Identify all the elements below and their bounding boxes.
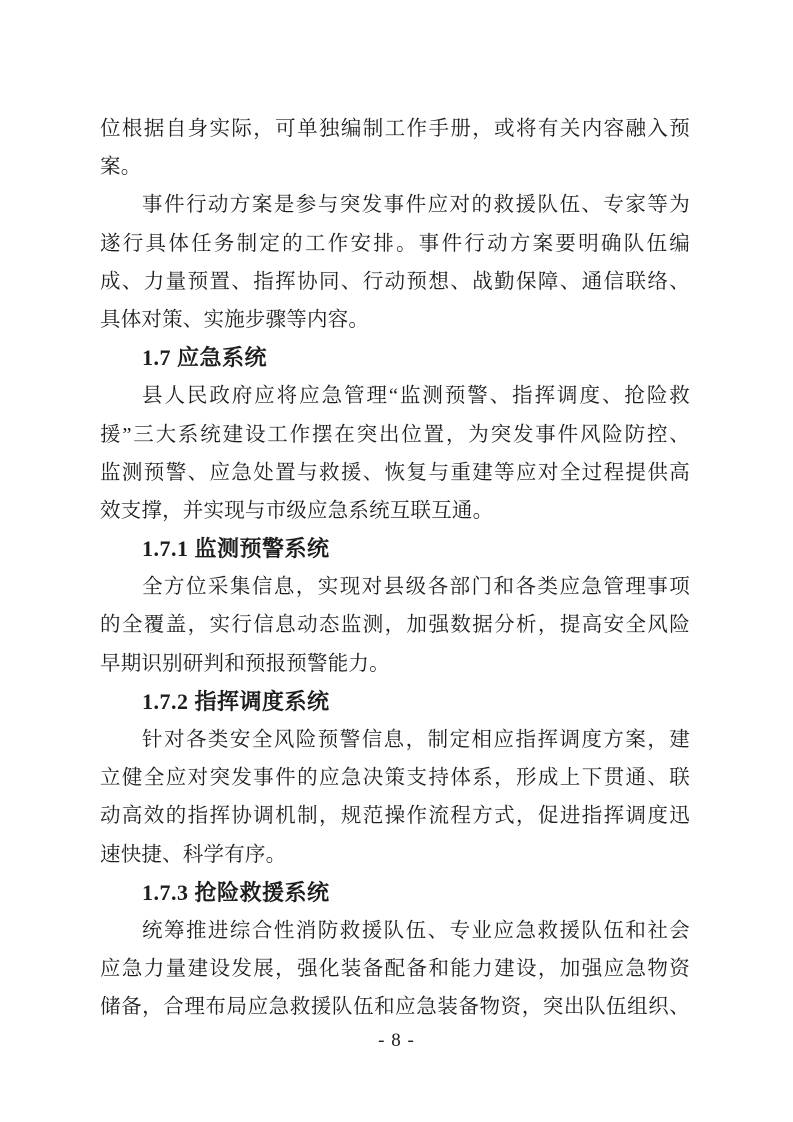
document-page: 位根据自身实际，可单独编制工作手册，或将有关内容融入预案。事件行动方案是参与突发… <box>0 0 793 1122</box>
paragraph-line: 县人民政府应将应急管理“监测预警、指挥调度、抢险救 <box>100 377 690 415</box>
paragraph-line: 事件行动方案是参与突发事件应对的救援队伍、专家等为 <box>100 186 690 224</box>
paragraph-line: 遂行具体任务制定的工作安排。事件行动方案要明确队伍编 <box>100 225 690 263</box>
section-heading: 1.7 应急系统 <box>100 339 690 377</box>
paragraph-line: 早期识别研判和预报预警能力。 <box>100 645 690 683</box>
paragraph-line: 统筹推进综合性消防救援队伍、专业应急救援队伍和社会 <box>100 912 690 950</box>
section-heading: 1.7.2 指挥调度系统 <box>100 683 690 721</box>
paragraph-line: 动高效的指挥协调机制，规范操作流程方式，促进指挥调度迅 <box>100 797 690 835</box>
paragraph-line: 针对各类安全风险预警信息，制定相应指挥调度方案，建 <box>100 721 690 759</box>
paragraph-line: 具体对策、实施步骤等内容。 <box>100 301 690 339</box>
paragraph-line: 援”三大系统建设工作摆在突出位置，为突发事件风险防控、 <box>100 416 690 454</box>
document-body: 位根据自身实际，可单独编制工作手册，或将有关内容融入预案。事件行动方案是参与突发… <box>100 110 690 1027</box>
page-number: - 8 - <box>0 1026 793 1056</box>
paragraph-line: 全方位采集信息，实现对县级各部门和各类应急管理事项 <box>100 568 690 606</box>
paragraph-line: 成、力量预置、指挥协同、行动预想、战勤保障、通信联络、 <box>100 263 690 301</box>
section-heading: 1.7.1 监测预警系统 <box>100 530 690 568</box>
paragraph-line: 效支撑，并实现与市级应急系统互联互通。 <box>100 492 690 530</box>
paragraph-line: 监测预警、应急处置与救援、恢复与重建等应对全过程提供高 <box>100 454 690 492</box>
paragraph-line: 速快捷、科学有序。 <box>100 836 690 874</box>
paragraph-line: 的全覆盖，实行信息动态监测，加强数据分析，提高安全风险 <box>100 606 690 644</box>
section-heading: 1.7.3 抢险救援系统 <box>100 874 690 912</box>
paragraph-line: 立健全应对突发事件的应急决策支持体系，形成上下贯通、联 <box>100 759 690 797</box>
paragraph-line: 案。 <box>100 148 690 186</box>
paragraph-line: 应急力量建设发展，强化装备配备和能力建设，加强应急物资 <box>100 950 690 988</box>
paragraph-line: 储备，合理布局应急救援队伍和应急装备物资，突出队伍组织、 <box>100 988 690 1026</box>
paragraph-line: 位根据自身实际，可单独编制工作手册，或将有关内容融入预 <box>100 110 690 148</box>
